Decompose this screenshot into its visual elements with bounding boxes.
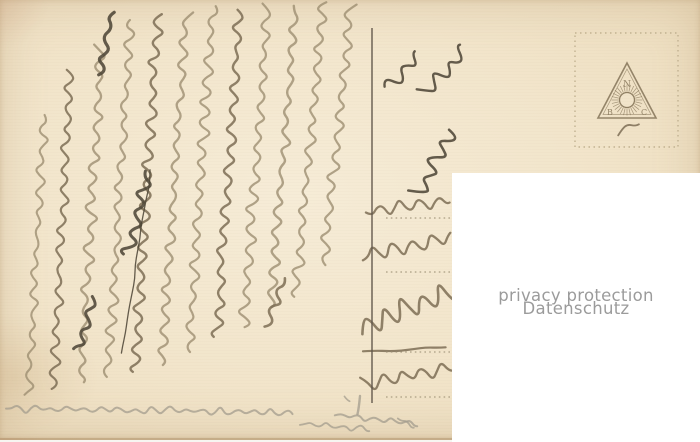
logo-ray [629,108,631,115]
handwriting-stroke [300,423,369,431]
handwriting-stroke [358,396,361,414]
pencil-annotations [6,396,417,431]
handwriting-stroke [321,5,356,266]
stamp-box [575,33,678,147]
handwriting-stroke [104,20,134,377]
handwriting-stroke [344,396,349,401]
handwriting-stroke [74,297,96,349]
logo-ray [635,104,641,107]
logo-sun-circle [620,93,635,108]
handwriting-stroke [363,347,446,351]
logo-ray [635,97,642,99]
handwriting-stroke [99,12,115,75]
publisher-logo: N B C [598,63,656,118]
handwriting-stroke [618,124,639,135]
logo-ray [635,93,641,96]
handwriting-stroke [212,10,243,337]
logo-ray [631,108,634,114]
logo-ray [613,93,619,96]
privacy-overlay-line2: Datenschutz [523,302,630,315]
message-handwriting [25,2,357,395]
logo-ray [612,97,619,99]
handwriting-stroke [363,233,450,260]
handwriting-stroke [131,14,163,372]
handwriting-stroke [408,130,455,192]
logo-letter-left: B [607,108,613,117]
privacy-overlay: privacy protection Datenschutz [452,173,700,442]
handwriting-stroke [292,2,327,297]
postcard-scan: N B C privacy protection Datenschutz [0,0,700,442]
logo-ray [624,108,626,115]
handwriting-stroke [362,286,453,335]
logo-ray [620,108,623,114]
handwriting-stroke [6,406,293,415]
logo-ray [635,102,642,104]
handwriting-stroke [158,13,193,366]
handwriting-stroke [384,51,415,86]
stamp-box-border [575,33,678,147]
logo-ray [612,102,619,104]
handwriting-stroke [268,6,297,307]
logo-ray [613,104,619,107]
logo-ray [631,86,634,92]
handwriting-stroke [417,45,462,91]
handwriting-stroke [239,4,270,328]
logo-letter-right: C [641,108,647,117]
handwriting-stroke [25,115,48,395]
handwriting-stroke [50,70,73,389]
handwriting-stroke [360,364,452,389]
logo-letter-top: N [623,80,631,90]
handwriting-stroke [366,198,450,214]
handwriting-stroke [186,6,217,352]
